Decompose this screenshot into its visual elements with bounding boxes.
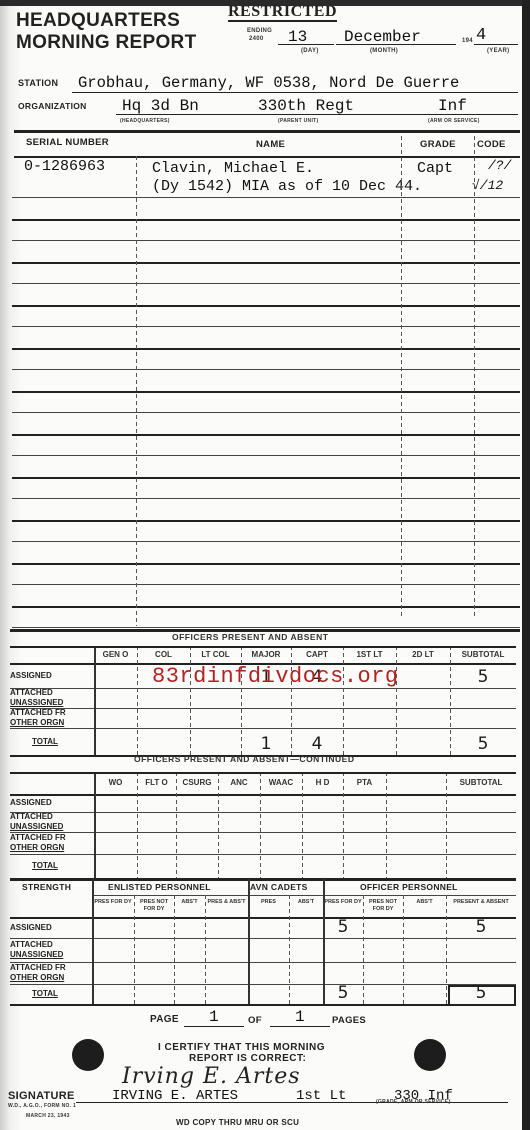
form-title-line1: HEADQUARTERS <box>16 10 180 32</box>
column-header: PRES NOT FOR DY <box>134 899 174 913</box>
cell-value: 5 <box>450 667 516 687</box>
punch-hole-left <box>72 1039 104 1071</box>
ruled-line <box>12 369 520 370</box>
group-enlisted: ENLISTED PERSONNEL <box>108 882 211 892</box>
officers-continued-top-rule <box>10 772 516 774</box>
cell-value: 4 <box>291 734 343 754</box>
row-label: TOTAL <box>32 862 58 870</box>
year-prefix: 194 <box>462 38 473 44</box>
ruled-line <box>12 541 520 542</box>
table-column-divider <box>289 895 290 1004</box>
report-year: 4 <box>476 26 486 45</box>
row-label: ASSIGNED <box>10 924 52 932</box>
row-label: ATTACHED FR <box>10 834 66 842</box>
page-count-underline <box>270 1026 330 1027</box>
column-header: PRES <box>248 899 289 906</box>
form-date: MARCH 23, 1943 <box>26 1113 70 1119</box>
row-label: ATTACHED FR <box>10 709 66 717</box>
table-row-rule <box>10 728 516 729</box>
page-label: PAGE <box>150 1014 179 1025</box>
signer-grade: 1st Lt <box>296 1088 346 1104</box>
column-header: PRES FOR DY <box>323 899 363 906</box>
column-header: 2D LT <box>396 650 450 659</box>
copy-note: WD COPY THRU MRU OR SCU <box>176 1118 299 1127</box>
column-header: CAPT <box>291 650 343 659</box>
column-header: SUBTOTAL <box>446 778 516 787</box>
pages-label: PAGES <box>332 1015 366 1026</box>
ruled-line <box>12 197 520 198</box>
table-row-rule <box>10 832 516 833</box>
officers-continued-title: OFFICERS PRESENT AND ABSENT—CONTINUED <box>134 754 354 764</box>
table-header-rule <box>10 917 516 919</box>
column-header: PTA <box>343 778 386 787</box>
ruled-line <box>12 520 520 522</box>
column-header: PRES & ABS'T <box>205 899 248 906</box>
page-number-underline <box>184 1026 244 1027</box>
organization-label: ORGANIZATION <box>18 101 87 111</box>
row-label: ATTACHED FR <box>10 964 66 972</box>
entry-remark: (Dy 1542) MIA as of 10 Dec 44. <box>152 178 422 195</box>
row-label: OTHER ORGN <box>10 844 64 852</box>
table-column-divider <box>176 772 177 878</box>
entry-code: /?/ <box>488 158 511 173</box>
table-column-divider <box>396 646 397 755</box>
ruled-line <box>12 348 520 350</box>
total-box <box>448 985 516 1006</box>
organization-parent-unit: 330th Regt <box>258 97 354 115</box>
ending-time-label: 2400 <box>249 36 264 42</box>
table-header-rule <box>10 794 516 796</box>
cell-value: 5 <box>323 917 363 937</box>
table-column-divider <box>403 895 404 1004</box>
table-row-rule <box>10 938 516 939</box>
row-label: OTHER ORGN <box>10 974 64 982</box>
ruled-line <box>12 627 520 628</box>
strength-group-rule <box>92 895 516 896</box>
signer-typed-name: IRVING E. ARTES <box>112 1088 238 1104</box>
col-code: CODE <box>477 139 506 150</box>
arm-caption: (ARM OR SERVICE) <box>428 118 480 124</box>
table-row-rule <box>10 812 516 813</box>
strength-divider <box>323 879 325 1004</box>
row-label: TOTAL <box>32 990 58 998</box>
table-column-divider <box>137 646 138 755</box>
group-avn-cadets: AVN CADETS <box>250 882 308 892</box>
ruled-line <box>12 391 520 393</box>
strength-divider <box>248 879 250 1004</box>
column-header: PRES NOT FOR DY <box>363 899 403 913</box>
station-value: Grobhau, Germany, WF 0538, Nord De Guerr… <box>78 74 459 92</box>
column-header: MAJOR <box>241 650 291 659</box>
strength-divider <box>92 879 94 1004</box>
column-header: SUBTOTAL <box>450 650 516 659</box>
column-header: LT COL <box>190 650 241 659</box>
ruled-line <box>12 434 520 436</box>
parent-unit-caption: (PARENT UNIT) <box>278 118 318 124</box>
entry-grade: Capt <box>417 160 453 177</box>
signer-caption: (GRADE, ARM OR SERVICE) <box>376 1099 450 1105</box>
organization-arm: Inf <box>438 97 467 115</box>
table-column-divider <box>343 772 344 878</box>
cell-value: 1 <box>241 734 291 754</box>
certify-line2: REPORT IS CORRECT: <box>189 1053 306 1064</box>
certify-line1: I CERTIFY THAT THIS MORNING <box>158 1042 325 1053</box>
of-label: OF <box>248 1015 262 1026</box>
ruled-line <box>12 240 520 241</box>
scan-right-edge <box>522 0 530 1130</box>
ruled-line <box>12 606 520 608</box>
grade-code-divider <box>474 136 475 616</box>
table-column-divider <box>190 646 191 755</box>
table-row-rule <box>10 1004 516 1006</box>
table-column-divider <box>446 772 447 878</box>
table-column-divider <box>94 772 96 878</box>
entry-serial-number: 0-1286963 <box>24 158 105 175</box>
table-row-rule <box>10 984 516 985</box>
column-header: WAAC <box>260 778 302 787</box>
ruled-line <box>12 584 520 585</box>
ruled-line <box>12 477 520 479</box>
column-header: GEN O <box>94 650 137 659</box>
cell-value: 5 <box>446 917 516 937</box>
col-grade: GRADE <box>420 139 456 150</box>
form-number: W.D., A.G.O., FORM NO. 1 <box>8 1103 76 1109</box>
day-caption: (DAY) <box>301 48 319 54</box>
station-underline <box>72 92 518 93</box>
entries-top-rule <box>14 130 520 133</box>
entry-name: Clavin, Michael E. <box>152 160 314 177</box>
ruled-line <box>12 219 520 221</box>
ruled-line <box>12 455 520 456</box>
group-officer: OFFICER PERSONNEL <box>360 882 458 892</box>
column-header: ANC <box>218 778 260 787</box>
page-number: 1 <box>209 1008 219 1026</box>
column-header: ABS'T <box>403 899 446 906</box>
table-column-divider <box>260 772 261 878</box>
ruled-line <box>12 412 520 413</box>
row-label: TOTAL <box>32 738 58 746</box>
handwritten-signature: Irving E. Artes <box>122 1064 301 1089</box>
report-month: December <box>344 28 421 46</box>
table-row-rule <box>10 708 516 709</box>
row-label: ATTACHED <box>10 941 53 949</box>
column-header: COL <box>137 650 190 659</box>
cell-value: 5 <box>450 734 516 754</box>
strength-top-rule <box>10 879 516 881</box>
row-label: ATTACHED <box>10 689 53 697</box>
table-column-divider <box>174 895 175 1004</box>
table-row-rule <box>10 854 516 855</box>
table-row-rule <box>10 962 516 963</box>
year-caption: (YEAR) <box>487 48 509 54</box>
ruled-line <box>12 305 520 307</box>
officers-columns-top-rule <box>10 646 516 648</box>
ruled-line <box>12 326 520 327</box>
classification-stamp: RESTRICTED <box>228 4 337 22</box>
punch-hole-right <box>414 1039 446 1071</box>
row-label: UNASSIGNED <box>10 951 63 959</box>
column-header: PRESENT & ABSENT <box>446 899 516 906</box>
table-column-divider <box>205 895 206 1004</box>
ruled-line <box>12 283 520 284</box>
row-label: ATTACHED <box>10 813 53 821</box>
table-column-divider <box>302 772 303 878</box>
row-label: OTHER ORGN <box>10 719 64 727</box>
column-header: ABS'T <box>289 899 323 906</box>
headquarters-caption: (HEADQUARTERS) <box>120 118 170 124</box>
entry-remark-mark: √/12 <box>472 178 503 193</box>
column-header: H D <box>302 778 343 787</box>
table-column-divider <box>94 646 96 755</box>
ruled-line <box>12 498 520 499</box>
form-title-line2: MORNING REPORT <box>16 32 196 54</box>
morning-report-form: HEADQUARTERS MORNING REPORT RESTRICTED E… <box>0 6 522 1130</box>
ending-label: ENDING <box>247 28 272 34</box>
officers-table-title: OFFICERS PRESENT AND ABSENT <box>172 632 328 642</box>
table-column-divider <box>137 772 138 878</box>
column-header: WO <box>94 778 137 787</box>
column-header: FLT O <box>137 778 176 787</box>
watermark: 83rdinfdivdocs.org <box>152 664 399 689</box>
row-label: ASSIGNED <box>10 672 52 680</box>
row-label: UNASSIGNED <box>10 823 63 831</box>
col-name: NAME <box>256 139 285 150</box>
table-column-divider <box>218 772 219 878</box>
col-serial-number: SERIAL NUMBER <box>26 137 109 148</box>
organization-headquarters: Hq 3d Bn <box>122 97 199 115</box>
signature-label: SIGNATURE <box>8 1090 75 1102</box>
ruled-line <box>12 262 520 264</box>
name-grade-divider <box>401 136 402 616</box>
page-count: 1 <box>295 1008 305 1026</box>
month-caption: (MONTH) <box>370 48 398 54</box>
column-header: 1ST LT <box>343 650 396 659</box>
column-header: ABS'T <box>174 899 205 906</box>
station-label: STATION <box>18 78 58 88</box>
ruled-line <box>12 563 520 565</box>
serial-name-divider <box>136 156 137 626</box>
table-column-divider <box>386 772 387 878</box>
column-header: PRES FOR DY <box>92 899 134 906</box>
cell-value: 5 <box>323 983 363 1003</box>
row-label: UNASSIGNED <box>10 699 63 707</box>
report-day: 13 <box>288 28 307 46</box>
column-header: CSURG <box>176 778 218 787</box>
row-label: ASSIGNED <box>10 799 52 807</box>
strength-title: STRENGTH <box>22 882 71 892</box>
table-column-divider <box>343 646 344 755</box>
